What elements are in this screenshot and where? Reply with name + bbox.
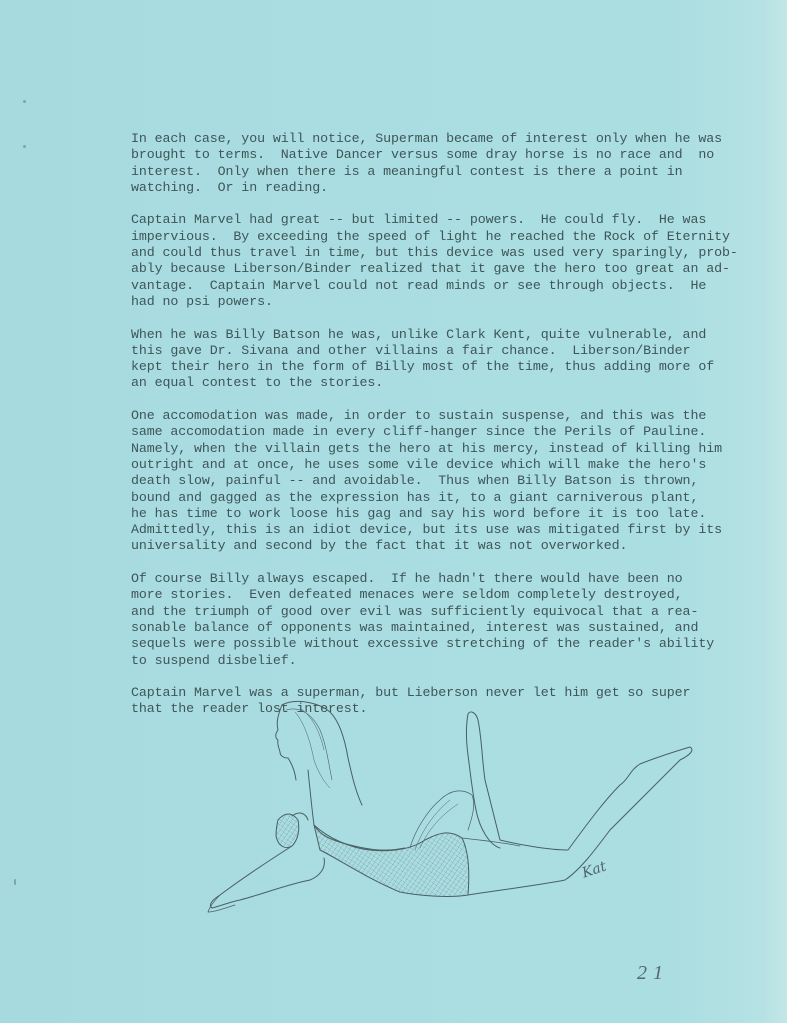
page-number: 21	[637, 962, 669, 985]
document-page: In each case, you will notice, Superman …	[0, 0, 787, 1023]
paragraph: When he was Billy Batson he was, unlike …	[131, 327, 771, 392]
paragraph: In each case, you will notice, Superman …	[131, 131, 771, 196]
paper-speck	[14, 879, 16, 885]
paragraph: One accomodation was made, in order to s…	[131, 408, 771, 555]
paper-speck	[23, 100, 26, 103]
paper-speck	[23, 145, 26, 148]
paragraph: Of course Billy always escaped. If he ha…	[131, 571, 771, 669]
swimsuit-figure-illustration	[200, 700, 720, 930]
body-text: In each case, you will notice, Superman …	[131, 131, 771, 734]
paragraph: Captain Marvel had great -- but limited …	[131, 212, 771, 310]
